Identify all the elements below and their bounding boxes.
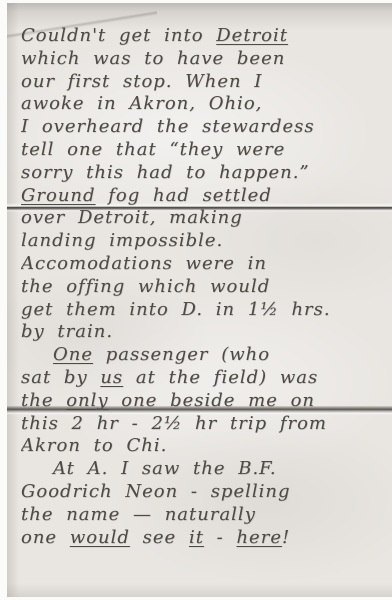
letter-line: Akron to Chi. [21, 435, 392, 458]
letter-text: this 2 hr - 2½ hr trip from [21, 413, 327, 434]
letter-text: sorry this had to happen.” [21, 162, 310, 183]
letter-line: awoke in Akron, Ohio, [21, 93, 392, 116]
letter-line: sat by us at the field) was [21, 367, 392, 390]
letter-text: awoke in Akron, Ohio, [21, 93, 262, 114]
letter-text: over Detroit, making [21, 207, 243, 228]
letter-line: Couldn't get into Detroit [21, 25, 392, 48]
underlined-word: would [70, 527, 130, 548]
letter-text: Akron to Chi. [21, 435, 167, 456]
letter-text: our first stop. When I [21, 71, 262, 92]
letter-text: one beside me on [109, 390, 315, 411]
letter-line: tell one that “they were [21, 139, 392, 162]
letter-line: by train. [21, 321, 392, 344]
letter-text: Couldn't get into [21, 25, 216, 46]
underlined-word: it [189, 527, 204, 548]
letter-line: our first stop. When I [21, 71, 392, 94]
letter-text: at the field) was [123, 367, 318, 388]
letter-text: Accomodations were in [21, 253, 267, 274]
letter-line: which was to have been [21, 48, 392, 71]
letter-text: one [21, 527, 70, 548]
letter-line: landing impossible. [21, 230, 392, 253]
underlined-word: Detroit [216, 25, 288, 46]
letter-line: Accomodations were in [21, 253, 392, 276]
underlined-word: One [53, 344, 93, 365]
letter-line: I overheard the stewardess [21, 116, 392, 139]
letter-text: fog had settled [96, 185, 272, 206]
underlined-word: Ground [21, 185, 96, 206]
letter-text: the [21, 390, 66, 411]
underlined-word: here [236, 527, 282, 548]
letter-paper: Couldn't get into Detroitwhich was to ha… [7, 3, 392, 597]
underlined-word: us [100, 367, 123, 388]
letter-line: this 2 hr - 2½ hr trip from [21, 413, 392, 436]
letter-line: the name — naturally [21, 504, 392, 527]
letter-text: sat by [21, 367, 100, 388]
scanned-letter-page: Couldn't get into Detroitwhich was to ha… [0, 0, 392, 600]
letter-text: by train. [21, 321, 113, 342]
letter-line: the offing which would [21, 276, 392, 299]
letter-text: the name — naturally [21, 504, 256, 525]
letter-text: tell one that “they were [21, 139, 285, 160]
letter-text: At A. I saw the B.F. [53, 458, 277, 479]
letter-text: which was to have been [21, 48, 285, 69]
letter-text: I overheard the stewardess [21, 116, 315, 137]
letter-line: Ground fog had settled [21, 185, 392, 208]
letter-text: Goodrich Neon - spelling [21, 481, 291, 502]
letter-text: - [204, 527, 237, 548]
letter-line: One passenger (who [21, 344, 392, 367]
letter-text: get them into D. in 1½ hrs. [21, 299, 331, 320]
underlined-word: only [66, 390, 108, 411]
letter-line: one would see it - here! [21, 527, 392, 550]
letter-line: At A. I saw the B.F. [21, 458, 392, 481]
letter-text: ! [282, 527, 290, 548]
letter-text: passenger (who [93, 344, 270, 365]
letter-text: landing impossible. [21, 230, 223, 251]
letter-text: see [130, 527, 189, 548]
letter-line: the only one beside me on [21, 390, 392, 413]
letter-line: sorry this had to happen.” [21, 162, 392, 185]
letter-line: get them into D. in 1½ hrs. [21, 299, 392, 322]
letter-lines: Couldn't get into Detroitwhich was to ha… [21, 25, 392, 597]
letter-line: Goodrich Neon - spelling [21, 481, 392, 504]
letter-line: over Detroit, making [21, 207, 392, 230]
letter-text: the offing which would [21, 276, 270, 297]
